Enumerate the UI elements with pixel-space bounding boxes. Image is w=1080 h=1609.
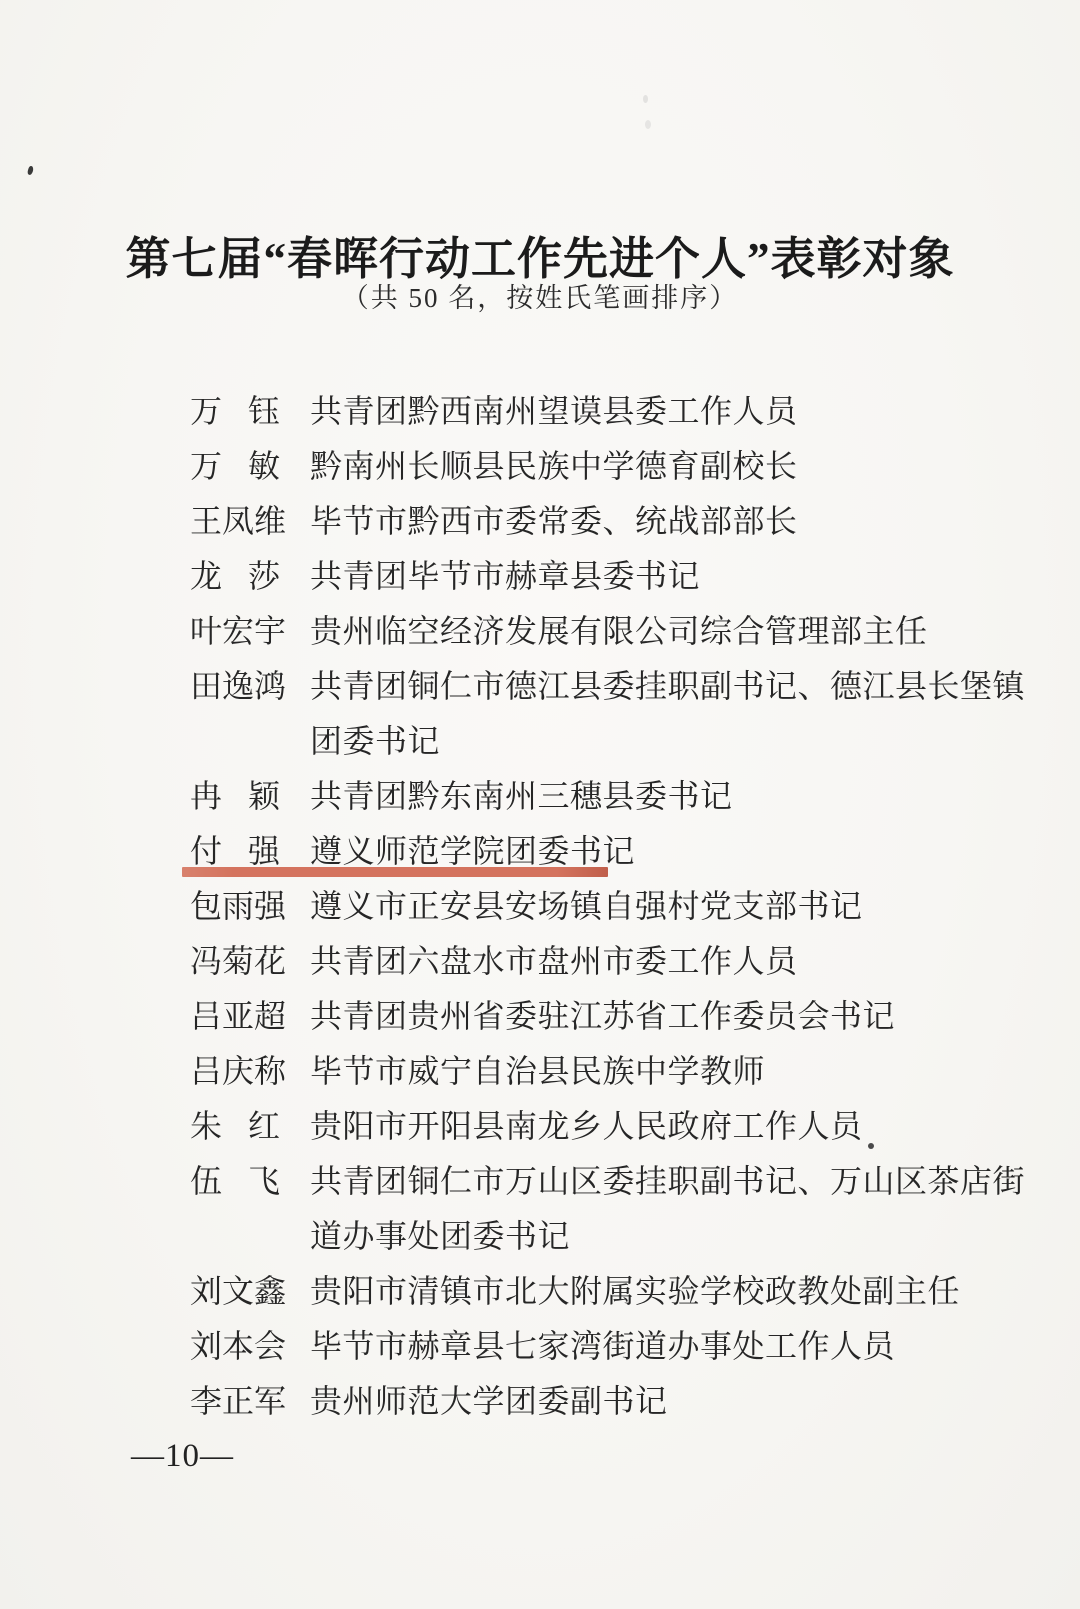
recipient-title-line: 贵阳市开阳县南龙乡人民政府工作人员 [310, 1099, 990, 1154]
recipient-name: 王凤维 [190, 494, 280, 549]
recipient-title-line: 共青团铜仁市万山区委挂职副书记、万山区茶店街 [310, 1154, 1025, 1209]
scan-speck [643, 95, 648, 103]
recipient-title: 毕节市黔西市委常委、统战部部长 [310, 494, 990, 549]
recipient-name: 叶宏宇 [190, 604, 280, 659]
recipient-title: 共青团贵州省委驻江苏省工作委员会书记 [310, 989, 990, 1044]
recipient-name: 冉颖 [190, 769, 280, 824]
list-row: 伍飞 共青团铜仁市万山区委挂职副书记、万山区茶店街道办事处团委书记 [190, 1154, 990, 1264]
list-row: 叶宏宇 贵州临空经济发展有限公司综合管理部主任 [190, 604, 990, 659]
scan-speck [27, 165, 35, 175]
recipient-list: 万钰 共青团黔西南州望谟县委工作人员 万敏 黔南州长顺县民族中学德育副校长 王凤… [190, 384, 990, 1429]
recipient-name: 吕亚超 [190, 989, 280, 1044]
recipient-name: 田逸鸿 [190, 659, 280, 714]
list-row: 万敏 黔南州长顺县民族中学德育副校长 [190, 439, 990, 494]
recipient-name: 龙莎 [190, 549, 280, 604]
recipient-title: 共青团六盘水市盘州市委工作人员 [310, 934, 990, 989]
recipient-title-line: 毕节市黔西市委常委、统战部部长 [310, 494, 990, 549]
list-row: 李正军 贵州师范大学团委副书记 [190, 1374, 990, 1429]
recipient-name: 伍飞 [190, 1154, 280, 1209]
recipient-title: 贵州师范大学团委副书记 [310, 1374, 990, 1429]
list-row: 吕庆称 毕节市威宁自治县民族中学教师 [190, 1044, 990, 1099]
recipient-title-line: 贵州临空经济发展有限公司综合管理部主任 [310, 604, 990, 659]
recipient-title: 共青团铜仁市万山区委挂职副书记、万山区茶店街道办事处团委书记 [310, 1154, 1025, 1264]
list-row: 刘文鑫 贵阳市清镇市北大附属实验学校政教处副主任 [190, 1264, 990, 1319]
recipient-title: 遵义市正安县安场镇自强村党支部书记 [310, 879, 990, 934]
list-row: 吕亚超 共青团贵州省委驻江苏省工作委员会书记 [190, 989, 990, 1044]
recipient-title-line: 共青团铜仁市德江县委挂职副书记、德江县长堡镇 [310, 659, 1025, 714]
recipient-title: 毕节市赫章县七家湾街道办事处工作人员 [310, 1319, 990, 1374]
document-page: 第七届“春晖行动工作先进个人”表彰对象 （共 50 名，按姓氏笔画排序） 万钰 … [0, 0, 1080, 1609]
recipient-title: 共青团铜仁市德江县委挂职副书记、德江县长堡镇团委书记 [310, 659, 1025, 769]
recipient-title-line: 黔南州长顺县民族中学德育副校长 [310, 439, 990, 494]
recipient-name: 李正军 [190, 1374, 280, 1429]
list-row: 王凤维 毕节市黔西市委常委、统战部部长 [190, 494, 990, 549]
page-subtitle: （共 50 名，按姓氏笔画排序） [0, 276, 1080, 315]
list-row: 田逸鸿 共青团铜仁市德江县委挂职副书记、德江县长堡镇团委书记 [190, 659, 990, 769]
recipient-name: 冯菊花 [190, 934, 280, 989]
recipient-title-line: 共青团贵州省委驻江苏省工作委员会书记 [310, 989, 990, 1044]
highlight-underline [182, 867, 608, 877]
recipient-name: 朱红 [190, 1099, 280, 1154]
recipient-title-line: 遵义市正安县安场镇自强村党支部书记 [310, 879, 990, 934]
recipient-title-line: 贵阳市清镇市北大附属实验学校政教处副主任 [310, 1264, 990, 1319]
recipient-title-line: 毕节市威宁自治县民族中学教师 [310, 1044, 990, 1099]
recipient-name: 包雨强 [190, 879, 280, 934]
recipient-title-line: 贵州师范大学团委副书记 [310, 1374, 990, 1429]
recipient-title: 贵阳市清镇市北大附属实验学校政教处副主任 [310, 1264, 990, 1319]
recipient-title-line: 共青团黔东南州三穗县委书记 [310, 769, 990, 824]
list-row: 冯菊花 共青团六盘水市盘州市委工作人员 [190, 934, 990, 989]
list-row: 刘本会 毕节市赫章县七家湾街道办事处工作人员 [190, 1319, 990, 1374]
recipient-title: 毕节市威宁自治县民族中学教师 [310, 1044, 990, 1099]
recipient-title-line: 团委书记 [310, 714, 1025, 769]
recipient-name: 刘本会 [190, 1319, 280, 1374]
recipient-title: 贵州临空经济发展有限公司综合管理部主任 [310, 604, 990, 659]
scan-speck [645, 120, 651, 129]
list-row: 万钰 共青团黔西南州望谟县委工作人员 [190, 384, 990, 439]
recipient-title: 共青团黔西南州望谟县委工作人员 [310, 384, 990, 439]
recipient-name: 万钰 [190, 384, 280, 439]
recipient-title-line: 共青团六盘水市盘州市委工作人员 [310, 934, 990, 989]
list-row: 包雨强 遵义市正安县安场镇自强村党支部书记 [190, 879, 990, 934]
list-row: 冉颖 共青团黔东南州三穗县委书记 [190, 769, 990, 824]
recipient-title-line: 共青团黔西南州望谟县委工作人员 [310, 384, 990, 439]
list-row: 龙莎 共青团毕节市赫章县委书记 [190, 549, 990, 604]
recipient-title: 共青团毕节市赫章县委书记 [310, 549, 990, 604]
recipient-title-line: 毕节市赫章县七家湾街道办事处工作人员 [310, 1319, 990, 1374]
recipient-title-line: 道办事处团委书记 [310, 1209, 1025, 1264]
scan-speck [868, 1143, 874, 1149]
recipient-title: 共青团黔东南州三穗县委书记 [310, 769, 990, 824]
page-number: —10— [131, 1438, 234, 1475]
recipient-name: 刘文鑫 [190, 1264, 280, 1319]
recipient-name: 万敏 [190, 439, 280, 494]
recipient-name: 吕庆称 [190, 1044, 280, 1099]
recipient-title: 黔南州长顺县民族中学德育副校长 [310, 439, 990, 494]
recipient-title: 贵阳市开阳县南龙乡人民政府工作人员 [310, 1099, 990, 1154]
recipient-title-line: 共青团毕节市赫章县委书记 [310, 549, 990, 604]
list-row: 付强 遵义师范学院团委书记 [190, 824, 990, 879]
